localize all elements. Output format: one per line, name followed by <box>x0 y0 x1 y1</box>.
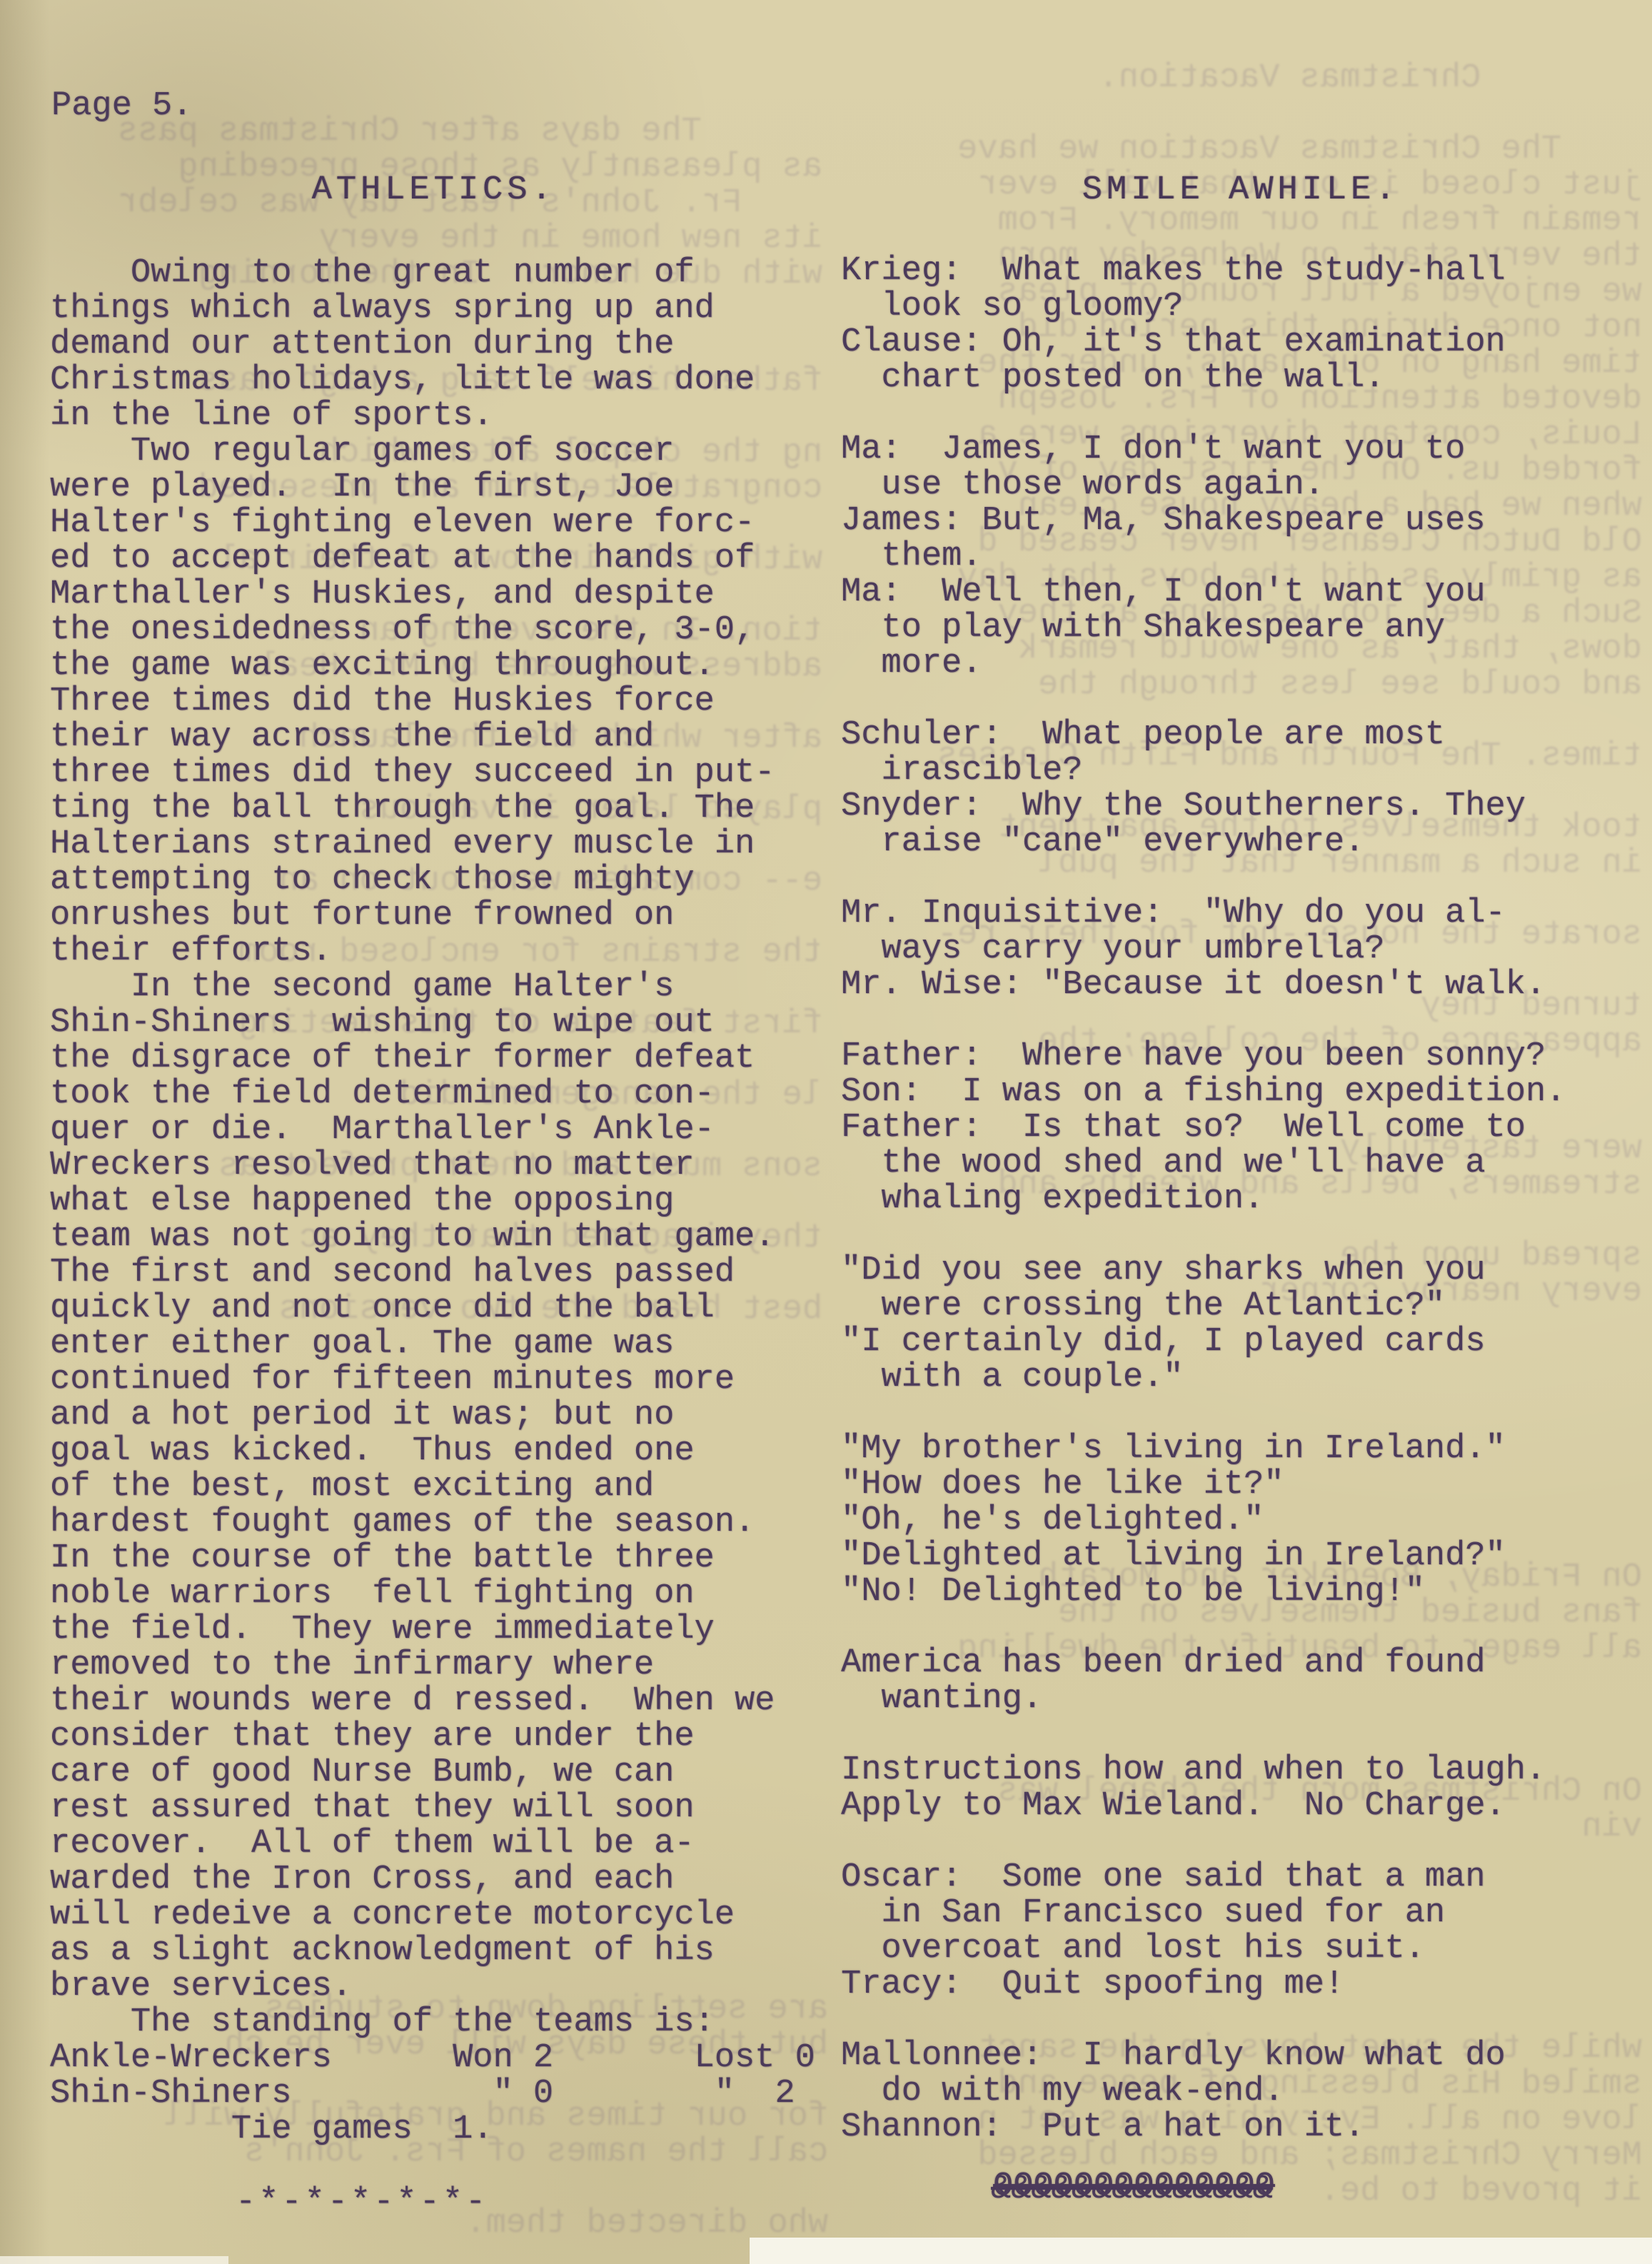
text-line: Shannon: Put a hat on it. <box>841 2110 1652 2145</box>
text-line: Father: Is that so? Well come to <box>841 1110 1652 1146</box>
athletics-article: Owing to the great number ofthings which… <box>50 256 828 2148</box>
jokes-column: Krieg: What makes the study-hall look so… <box>841 253 1652 2145</box>
text-line: consider that they are under the <box>50 1719 828 1755</box>
text-line: enter either goal. The game was <box>50 1327 828 1362</box>
text-line: of the best, most exciting and <box>50 1469 828 1505</box>
smile-awhile-heading: SMILE AWHILE. <box>841 171 1641 209</box>
text-line: do with my weak-end. <box>841 2074 1652 2110</box>
text-line: Ma: Well then, I don't want you <box>841 575 1652 610</box>
text-line: demand our attention during the <box>50 327 828 363</box>
text-line: their wounds were d ressed. When we <box>50 1684 828 1719</box>
text-line: In the second game Halter's <box>50 970 828 1005</box>
text-line <box>841 1824 1652 1860</box>
scan-edge-corner <box>0 2256 228 2264</box>
text-line: ting the ball through the goal. The <box>50 791 828 827</box>
text-line: onrushes but fortune frowned on <box>50 898 828 934</box>
text-line: continued for fifteen minutes more <box>50 1362 828 1398</box>
text-line: Halterians strained every muscle in <box>50 827 828 862</box>
text-line: Snyder: Why the Southerners. They <box>841 789 1652 825</box>
text-line: Three times did the Huskies force <box>50 684 828 720</box>
text-line: will redeive a concrete motorcycle <box>50 1898 828 1933</box>
text-line: hardest fought games of the season. <box>50 1505 828 1541</box>
text-line <box>821 96 1642 132</box>
text-line: recover. All of them will be a- <box>50 1826 828 1862</box>
text-line: noble warriors fell fighting on <box>50 1576 828 1612</box>
text-line: rest assured that they will soon <box>50 1791 828 1826</box>
text-line: Father: Where have you been sonny? <box>841 1039 1652 1075</box>
text-line: raise "cane" everywhere. <box>841 825 1652 860</box>
text-line: warded the Iron Cross, and each <box>50 1862 828 1898</box>
text-line: the onesidedness of the score, 3-0, <box>50 613 828 648</box>
text-line: chart posted on the wall. <box>841 361 1652 396</box>
text-line: Ankle-Wreckers Won 2 Lost 0 <box>50 2041 828 2076</box>
text-line: the field. They were immediately <box>50 1612 828 1648</box>
athletics-heading: ATHLETICS. <box>50 171 817 209</box>
left-ornament: -*-*-*-*-*- <box>236 2183 488 2221</box>
text-line: three times did they succeed in put- <box>50 755 828 791</box>
text-line: took the field determined to con- <box>50 1077 828 1112</box>
text-line: in San Francisco sued for an <box>841 1896 1652 1931</box>
text-line <box>841 682 1652 718</box>
text-line: quer or die. Marthaller's Ankle- <box>50 1112 828 1148</box>
text-line: the game was exciting throughout. <box>50 648 828 684</box>
text-line: Instructions how and when to laugh. <box>841 1753 1652 1788</box>
text-line: Halter's fighting eleven were forc- <box>50 505 828 541</box>
text-line: Krieg: What makes the study-hall <box>841 253 1652 289</box>
text-line: Son: I was on a fishing expedition. <box>841 1075 1652 1110</box>
text-line: Apply to Max Wieland. No Charge. <box>841 1788 1652 1824</box>
text-line: the wood shed and we'll have a <box>841 1146 1652 1182</box>
text-line <box>841 1217 1652 1253</box>
text-line <box>841 1003 1652 1039</box>
text-line: Mr. Wise: "Because it doesn't walk. <box>841 967 1652 1003</box>
text-line: look so gloomy? <box>841 289 1652 325</box>
text-line: The standing of the teams is: <box>50 2005 828 2041</box>
text-line: Christmas holidays, little was done <box>50 363 828 398</box>
text-line: ways carry your umbrella? <box>841 932 1652 967</box>
text-line: and a hot period it was; but no <box>50 1398 828 1434</box>
text-line: overcoat and lost his suit. <box>841 1931 1652 1967</box>
text-line <box>841 2003 1652 2038</box>
text-line: Shin-Shiners " 0 " 2 <box>50 2076 828 2112</box>
page-number: Page 5. <box>51 87 192 125</box>
text-line: Christmas Vacation. <box>821 61 1642 96</box>
text-line: ed to accept defeat at the hands of <box>50 541 828 577</box>
text-line: with a couple." <box>841 1360 1652 1396</box>
text-line: Clause: Oh, it's that examination <box>841 325 1652 361</box>
text-line: goal was kicked. Thus ended one <box>50 1434 828 1469</box>
text-line: "My brother's living in Ireland." <box>841 1432 1652 1467</box>
text-line: Mr. Inquisitive: "Why do you al- <box>841 896 1652 932</box>
text-line: "How does he like it?" <box>841 1467 1652 1503</box>
text-line: wanting. <box>841 1681 1652 1717</box>
text-line: brave services. <box>50 1969 828 2005</box>
text-line: Oscar: Some one said that a man <box>841 1860 1652 1896</box>
text-line: their way across the field and <box>50 720 828 755</box>
newsletter-page: Christmas Vacation. The Christmas Vacati… <box>0 0 1652 2264</box>
text-line: Two regular games of soccer <box>50 434 828 470</box>
text-line: care of good Nurse Bumb, we can <box>50 1755 828 1791</box>
text-line: in the line of sports. <box>50 398 828 434</box>
text-line <box>841 1396 1652 1432</box>
ornament-layer-overstrike: OOOOOOOOOOOOOO <box>993 2168 1275 2205</box>
text-line: what else happened the opposing <box>50 1184 828 1219</box>
text-line: Owing to the great number of <box>50 256 828 291</box>
text-line <box>841 1610 1652 1646</box>
text-line: "Did you see any sharks when you <box>841 1253 1652 1289</box>
text-line: America has been dried and found <box>841 1646 1652 1681</box>
text-line: the disgrace of their former defeat <box>50 1041 828 1077</box>
text-line: its new home in the every <box>44 221 822 257</box>
text-line: to play with Shakespeare any <box>841 610 1652 646</box>
text-line: as a slight acknowledgment of his <box>50 1933 828 1969</box>
text-line <box>841 396 1652 432</box>
text-line: whaling expedition. <box>841 1182 1652 1217</box>
text-line: team was not going to win that game. <box>50 1219 828 1255</box>
text-line: things which always spring up and <box>50 291 828 327</box>
text-line: The Christmas Vacation we have <box>821 132 1642 168</box>
text-line: Shin-Shiners wishing to wipe out <box>50 1005 828 1041</box>
text-line: In the course of the battle three <box>50 1541 828 1576</box>
text-line: removed to the infirmary where <box>50 1648 828 1684</box>
text-line: Ma: James, I don't want you to <box>841 432 1652 468</box>
text-line: Wreckers resolved that no matter <box>50 1148 828 1184</box>
text-line: Tie games 1. <box>50 2112 828 2148</box>
text-line <box>841 1717 1652 1753</box>
text-line: "Oh, he's delighted." <box>841 1503 1652 1539</box>
text-line: irascible? <box>841 753 1652 789</box>
text-line: were played. In the first, Joe <box>50 470 828 505</box>
text-line: James: But, Ma, Shakespeare uses <box>841 503 1652 539</box>
text-line: "I certainly did, I played cards <box>841 1324 1652 1360</box>
text-line: "No! Delighted to be living!" <box>841 1574 1652 1610</box>
text-line: Schuler: What people are most <box>841 718 1652 753</box>
text-line: "Delighted at living in Ireland?" <box>841 1539 1652 1574</box>
text-line: them. <box>841 539 1652 575</box>
text-line: use those words again. <box>841 468 1652 503</box>
text-line: Marthaller's Huskies, and despite <box>50 577 828 613</box>
text-line: Tracy: Quit spoofing me! <box>841 1967 1652 2003</box>
text-line: Mallonnee: I hardly know what do <box>841 2038 1652 2074</box>
text-line: quickly and not once did the ball <box>50 1291 828 1327</box>
text-line: attempting to check those mighty <box>50 862 828 898</box>
text-line: The first and second halves passed <box>50 1255 828 1291</box>
text-line: their efforts. <box>50 934 828 970</box>
text-line: were crossing the Atlantic?" <box>841 1289 1652 1324</box>
text-line <box>841 860 1652 896</box>
scan-edge <box>750 2238 1652 2264</box>
text-line: more. <box>841 646 1652 682</box>
